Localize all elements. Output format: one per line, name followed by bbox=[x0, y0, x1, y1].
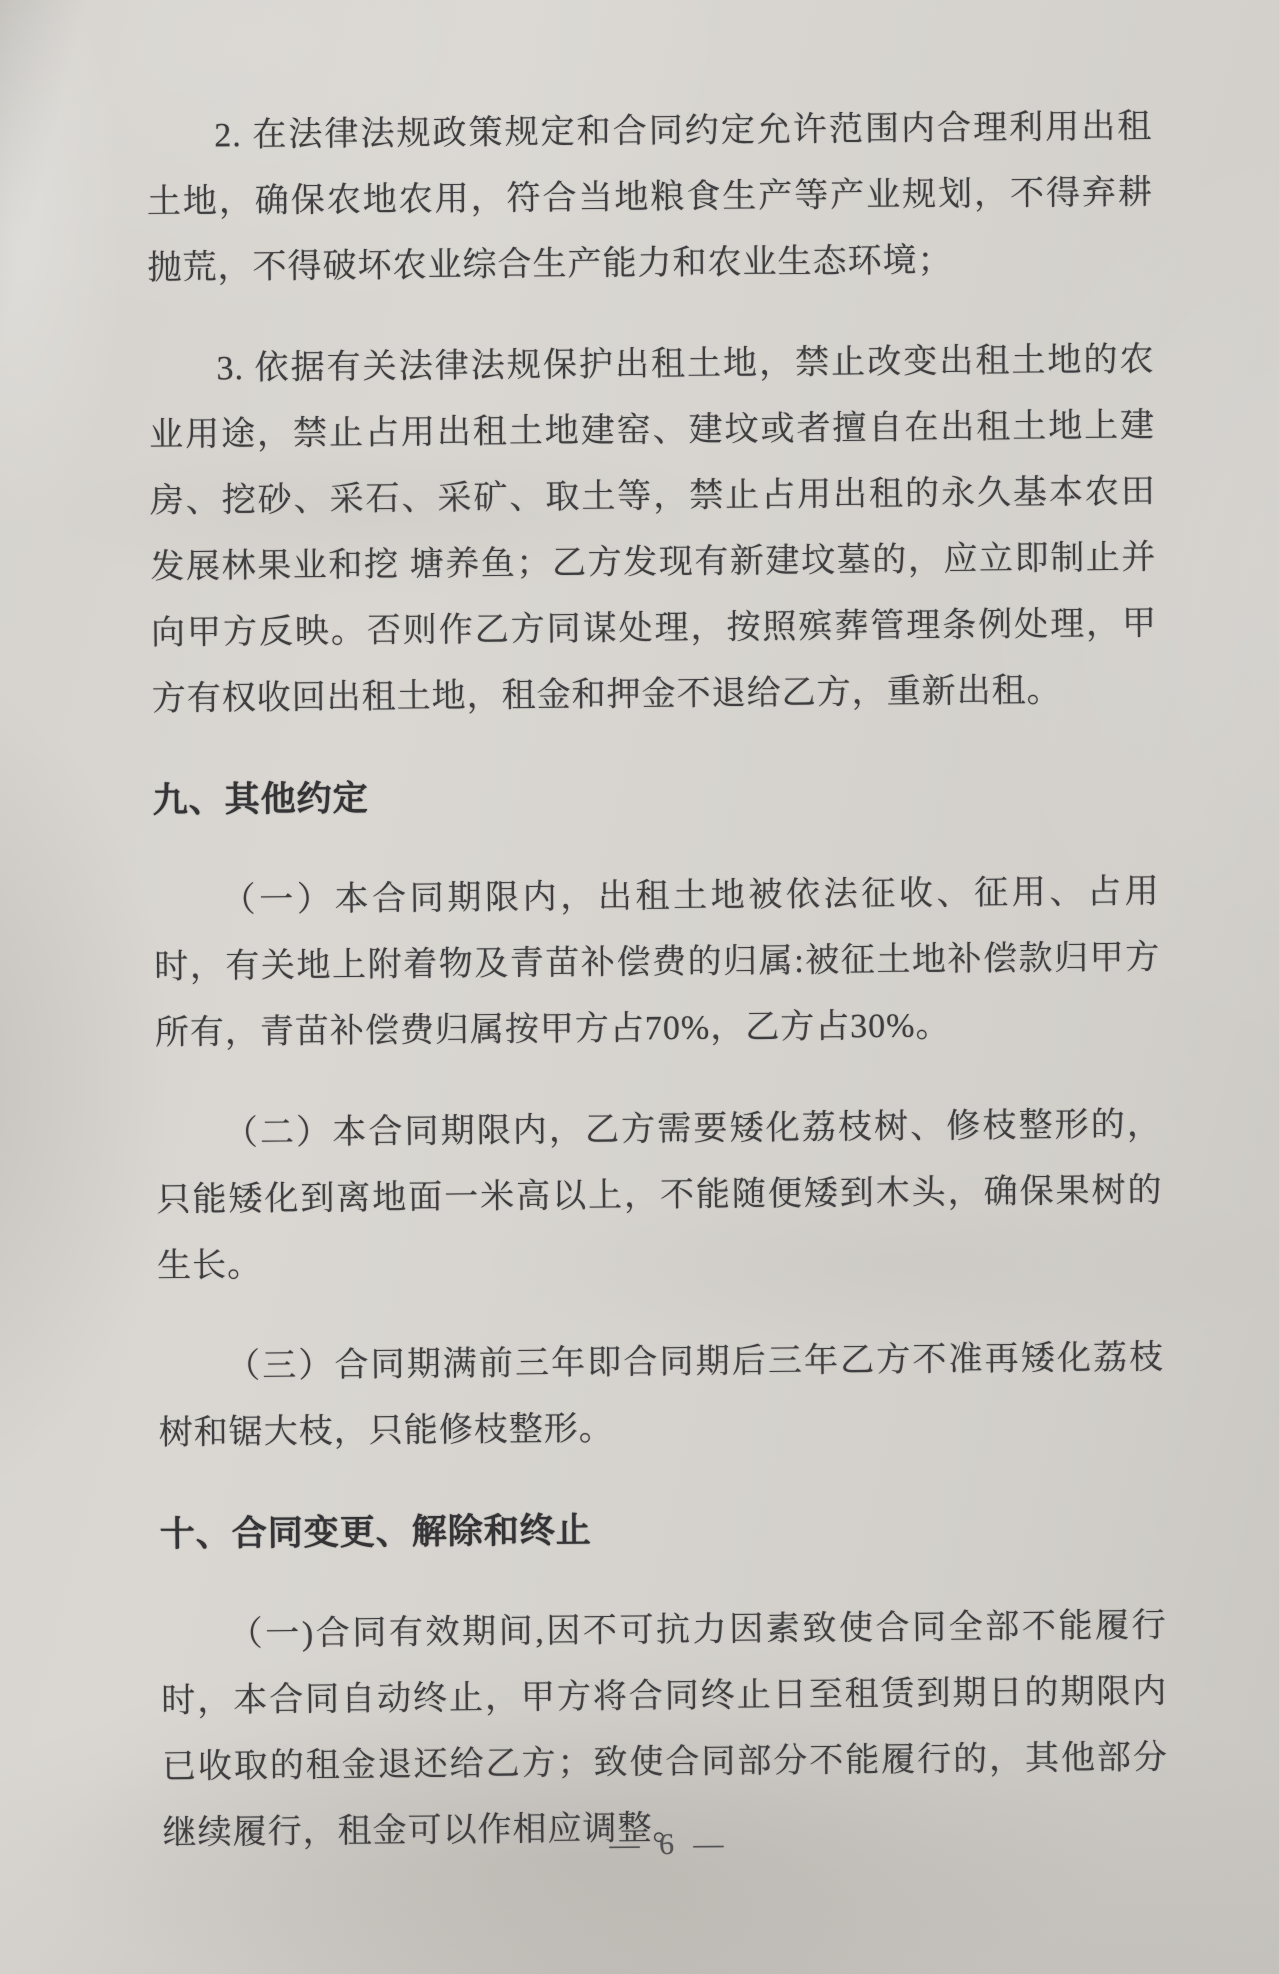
section-heading: 十、合同变更、解除和终止 bbox=[159, 1492, 1166, 1568]
document-page: 2. 在法律法规政策规定和合同约定允许范围内合理利用出租土地，确保农地农用，符合… bbox=[0, 0, 1279, 1974]
document-content: 2. 在法律法规政策规定和合同约定允许范围内合理利用出租土地，确保农地农用，符合… bbox=[146, 94, 1169, 1902]
paragraph: （三）合同期满前三年即合同期后三年乙方不准再矮化荔枝树和锯大枝，只能修枝整形。 bbox=[158, 1325, 1165, 1467]
paragraph: （二）本合同期限内，乙方需要矮化荔枝树、修枝整形的，只能矮化到离地面一米高以上，… bbox=[156, 1092, 1164, 1300]
paragraph: 3. 依据有关法律法规保护出租土地，禁止改变出租土地的农业用途，禁止占用出租土地… bbox=[148, 327, 1158, 733]
section-heading: 九、其他约定 bbox=[152, 758, 1159, 834]
paragraph: 2. 在法律法规政策规定和合同约定允许范围内合理利用出租土地，确保农地农用，符合… bbox=[146, 94, 1154, 302]
paragraph: （一）本合同期限内，出租土地被依法征收、征用、占用时，有关地上附着物及青苗补偿费… bbox=[153, 859, 1161, 1067]
